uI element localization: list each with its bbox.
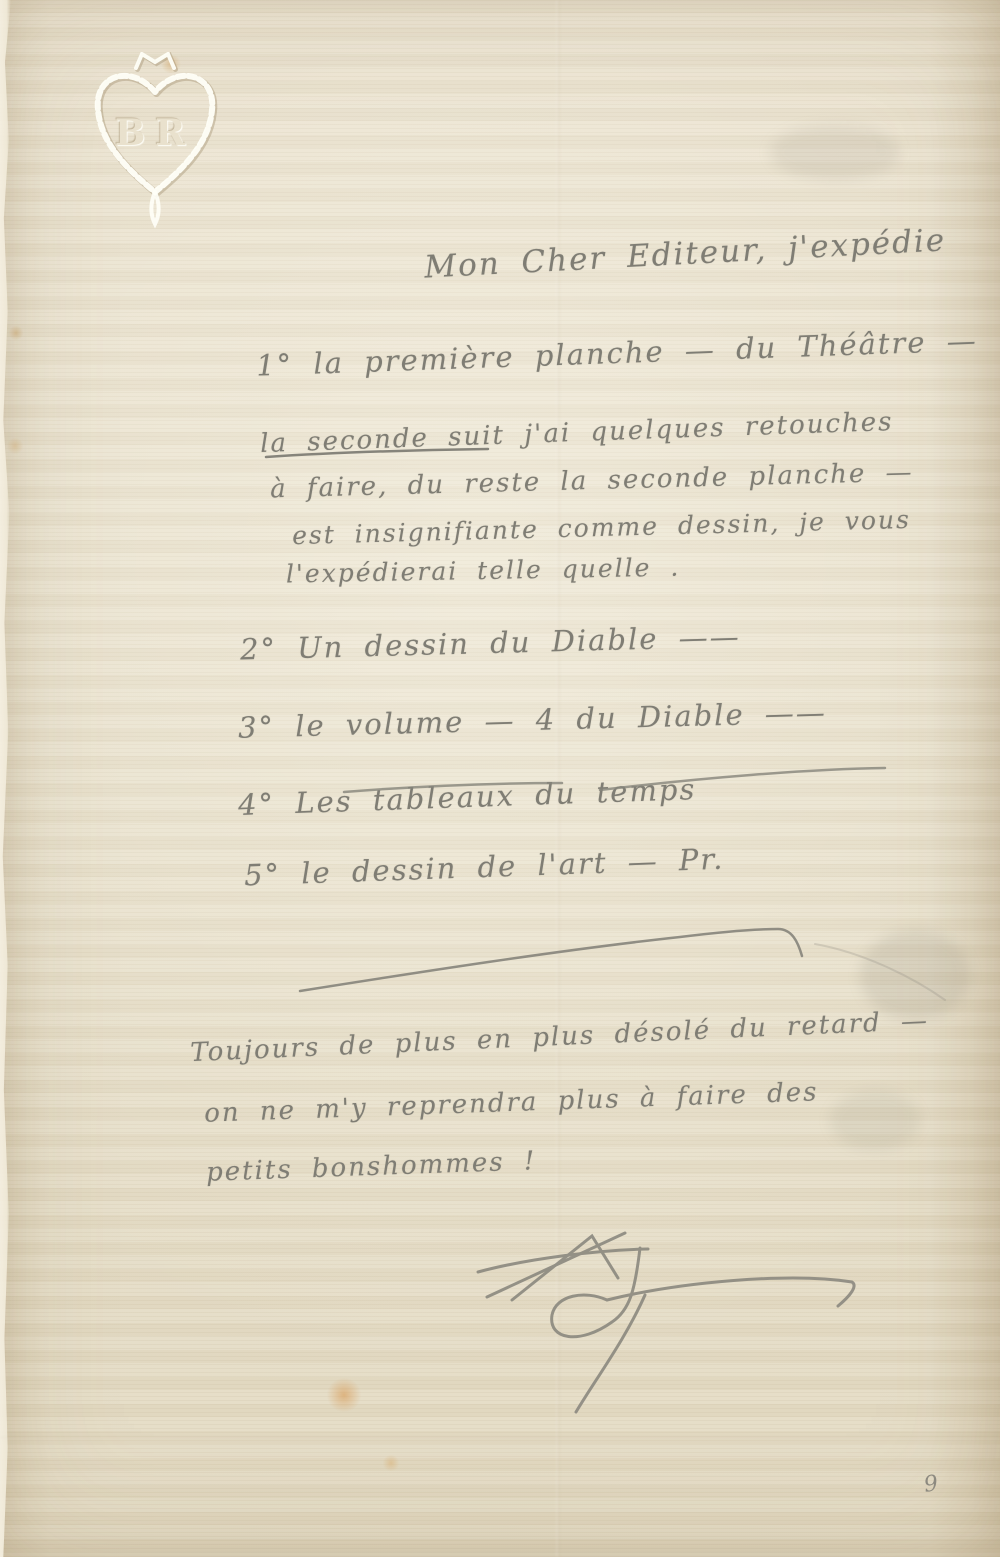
crest-monogram: BR [80,112,230,154]
horizontal-fold-crease [0,1437,1000,1440]
embossed-crest: BR [80,52,230,232]
